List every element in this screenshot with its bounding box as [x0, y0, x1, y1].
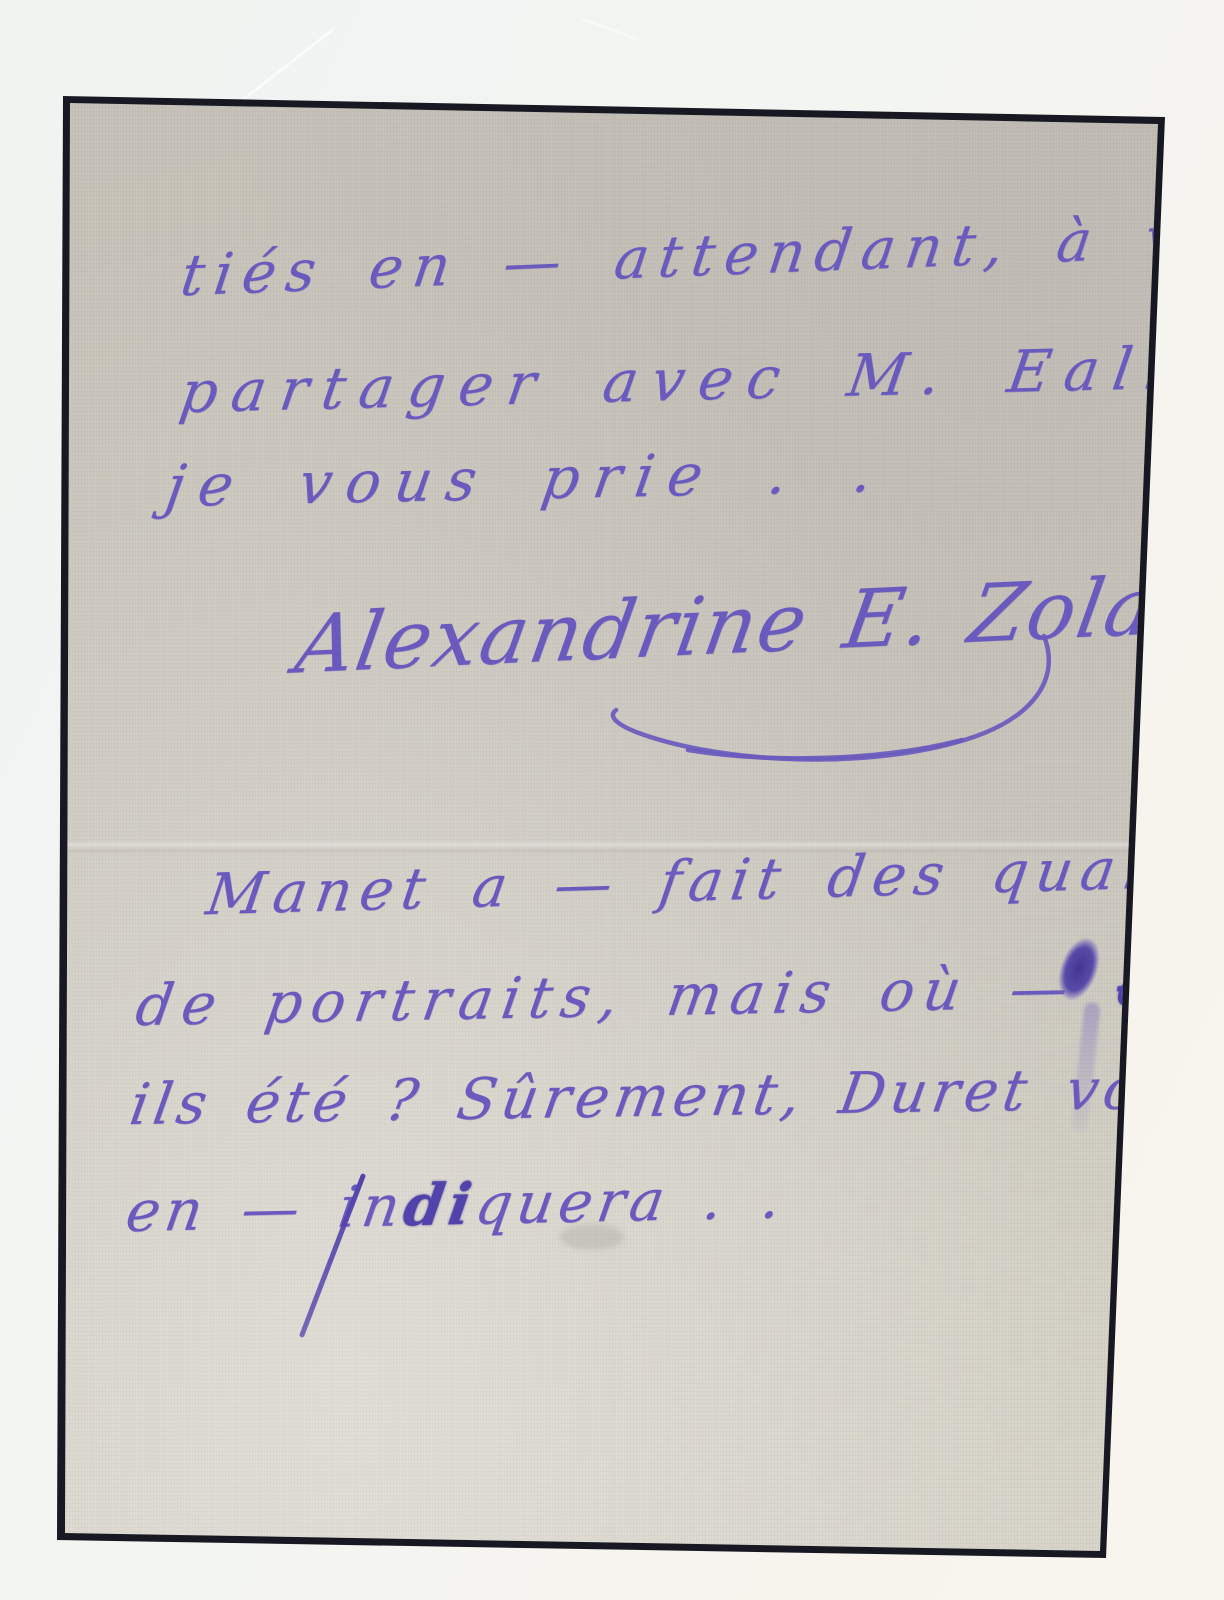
line-2-text: partager avec M. [176, 338, 1014, 426]
letter-paper: tiés en — attendant, à vous partager ave… [0, 0, 1224, 1600]
gray-smudge [560, 1224, 624, 1250]
fold-crease-vertical [608, 100, 613, 1550]
handwritten-line-2: partager avec M. Eall— [176, 332, 1224, 426]
line-2-name: Eall [1003, 334, 1183, 406]
strikethrough-word: ont [1112, 951, 1224, 1021]
handwritten-line-1: tiés en — attendant, à vous [177, 199, 1224, 309]
scratch-mark [581, 18, 638, 40]
overwritten-correction: di [399, 1171, 481, 1240]
line-5-text: de portraits, mais où — [131, 954, 1122, 1039]
handwritten-line-6: ils été ? Sûrement, Duret vous [125, 1055, 1224, 1138]
line-7-text: en — in [122, 1173, 410, 1245]
line-7-text-end: quera . . [471, 1165, 791, 1238]
letter-photograph: tiés en — attendant, à vous partager ave… [0, 0, 1224, 1600]
handwritten-line-7: en — indiquera . . [122, 1164, 791, 1245]
letter-paper-edge: tiés en — attendant, à vous partager ave… [0, 0, 1224, 1600]
signature-flourish [592, 628, 1072, 778]
handwritten-line-3: je vous prie . . [161, 437, 891, 520]
line-2-flourish: — [1173, 332, 1224, 402]
